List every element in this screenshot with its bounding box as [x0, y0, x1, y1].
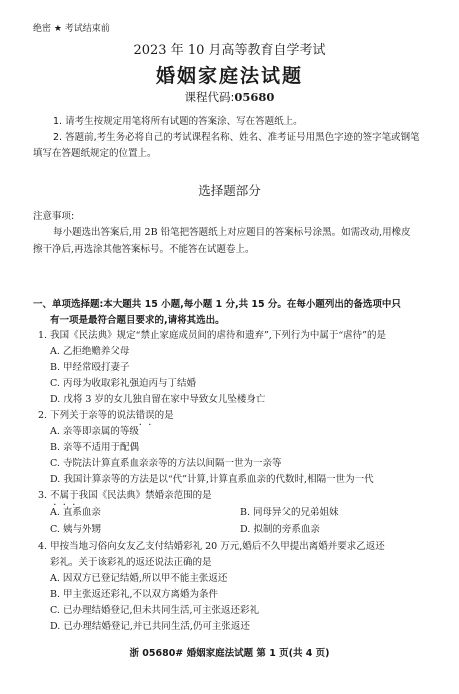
emphasis-char: 误: [145, 410, 155, 421]
course-code-value: 05680: [234, 90, 274, 104]
notes-line2: 擦干净后,再选涂其他答案标号。不能答在试题卷上。: [33, 242, 255, 258]
question-4-option-c: C. 已办理结婚登记,但未共同生活,可主张返还彩礼: [50, 603, 259, 619]
question-3-option-a: A. 直系血亲: [50, 505, 101, 521]
section-title: 选择题部分: [0, 181, 459, 199]
notes-line1: 每小题选出答案后,用 2B 铅笔把答题纸上对应题目的答案标号涂黑。如需改动,用橡…: [53, 225, 411, 241]
stem-text: 我国《民法典》禁婚亲范围的是: [79, 490, 212, 501]
question-3-stem: 3. 不属于我国《民法典》禁婚亲范围的是: [38, 488, 212, 504]
question-2-option-a: A. 亲等即亲属的等级: [50, 424, 139, 440]
course-code: 课程代码:05680: [0, 89, 459, 105]
part1-heading-line2: 有一项是最符合题目要求的,请将其选出。: [50, 312, 225, 326]
course-code-label: 课程代码:: [185, 90, 235, 104]
question-4-option-d: D. 已办理结婚登记,并已共同生活,仍可主张返还: [50, 619, 250, 635]
notes-label: 注意事项:: [33, 208, 74, 225]
question-1-option-d: D. 戊将 3 岁的女儿独自留在家中导致女儿坠楼身亡: [50, 392, 265, 408]
question-4-stem-line2: 彩礼。关于该彩礼的返还说法正确的是: [50, 555, 212, 571]
stem-text: 的是: [155, 410, 174, 421]
stem-text: 2. 下列关于亲等的说法: [38, 410, 136, 421]
exam-title: 2023 年 10 月高等教育自学考试: [0, 39, 459, 58]
emphasis-char: 错: [136, 410, 146, 421]
subject-title: 婚姻家庭法试题: [0, 61, 459, 88]
instruction-2-line2: 填写在答题纸规定的位置上。: [33, 145, 157, 162]
stem-text: 3.: [38, 490, 50, 501]
question-3-option-b: B. 同母异父的兄弟姐妹: [240, 505, 339, 521]
emphasis-char: 属: [60, 490, 70, 501]
question-2-option-b: B. 亲等不适用于配偶: [50, 440, 139, 456]
question-1-stem: 1. 我国《民法典》规定“禁止家庭成员间的虐待和遗弃”,下列行为中属于“虐待”的…: [38, 328, 386, 344]
instruction-2-line1: 2. 答题前,考生务必将自己的考试课程名称、姓名、准考证号用黑色字迹的签字笔或钢…: [53, 129, 420, 146]
part1-heading-line1: 一、单项选择题:本大题共 15 小题,每小题 1 分,共 15 分。在每小题列出…: [33, 296, 401, 310]
page-footer: 浙 05680# 婚姻家庭法试题 第 1 页(共 4 页): [0, 645, 459, 659]
question-2-stem: 2. 下列关于亲等的说法错误的是: [38, 408, 174, 424]
instruction-1: 1. 请考生按规定用笔将所有试题的答案涂、写在答题纸上。: [53, 113, 303, 130]
question-3-option-c: C. 姨与外甥: [50, 522, 101, 538]
question-4-option-b: B. 甲主张返还彩礼,不以双方离婚为条件: [50, 587, 218, 603]
question-3-option-d: D. 拟制的旁系血亲: [240, 522, 320, 538]
question-2-option-d: D. 我国计算亲等的方法是以“代”计算,计算直系血亲的代数时,相隔一世为一代: [50, 472, 374, 488]
question-1-option-a: A. 乙拒绝赡养父母: [50, 344, 129, 360]
question-4-stem-line1: 4. 甲按当地习俗向女友乙支付结婚彩礼 20 万元,婚后不久甲提出离婚并要求乙返…: [38, 539, 385, 555]
confidential-label: 绝密 ★ 考试结束前: [33, 21, 110, 34]
emphasis-char: 不: [50, 490, 60, 501]
emphasis-char: 于: [69, 490, 79, 501]
question-1-option-b: B. 甲经常殴打妻子: [50, 360, 130, 376]
question-2-option-c: C. 寺院法计算直系血亲亲等的方法以间隔一世为一亲等: [50, 456, 281, 472]
question-1-option-c: C. 丙母为收取彩礼强迫丙与丁结婚: [50, 376, 196, 392]
question-4-option-a: A. 因双方已登记结婚,所以甲不能主张返还: [50, 571, 227, 587]
